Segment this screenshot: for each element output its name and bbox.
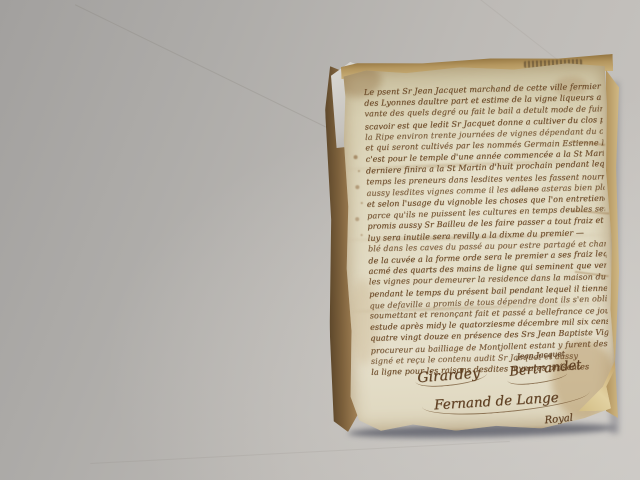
manuscript-document: Le psent Sr Jean Jacquet marchand de cet… xyxy=(326,56,626,448)
handwriting-text-block: Le psent Sr Jean Jacquet marchand de cet… xyxy=(364,81,610,378)
foxing-spots xyxy=(354,155,358,159)
photograph-of-manuscript: Le psent Sr Jean Jacquet marchand de cet… xyxy=(0,0,640,480)
manuscript-page: Le psent Sr Jean Jacquet marchand de cet… xyxy=(339,61,616,434)
signature-notary: Fernand de Lange xyxy=(434,390,559,414)
